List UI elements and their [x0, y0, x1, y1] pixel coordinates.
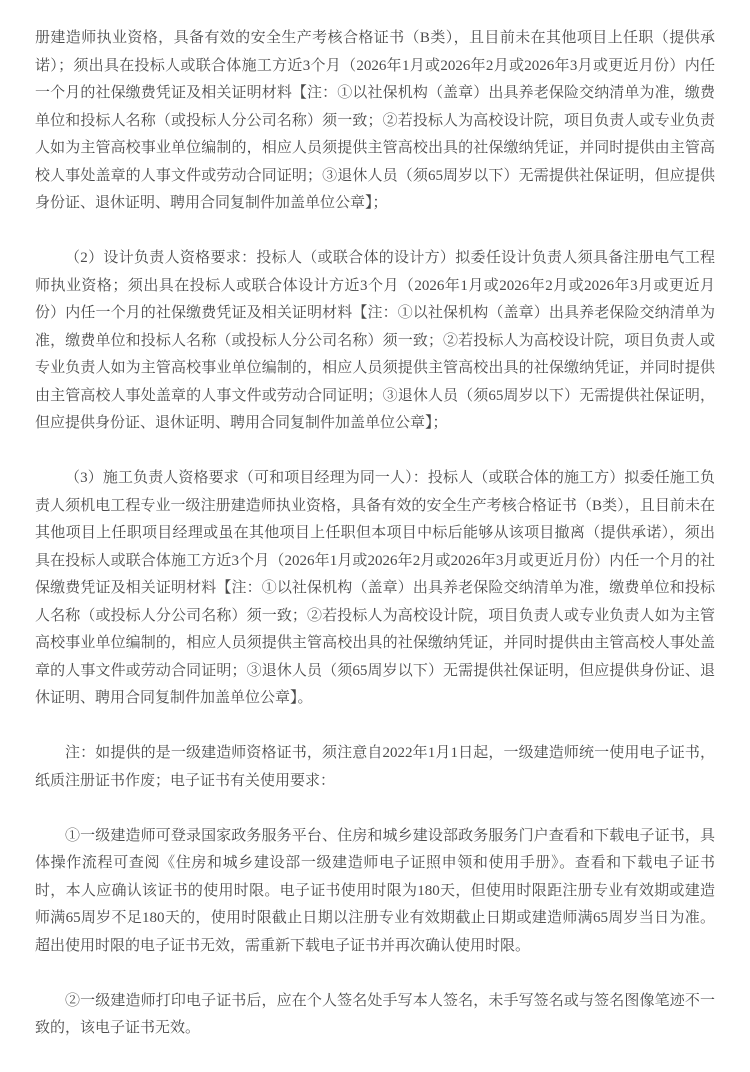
paragraph-registration-continuation: 册建造师执业资格，具备有效的安全生产考核合格证书（B类），且目前未在其他项目上任…	[35, 25, 715, 218]
document-page: 册建造师执业资格，具备有效的安全生产考核合格证书（B类），且目前未在其他项目上任…	[0, 0, 750, 1072]
paragraph-construction-lead-requirements: （3）施工负责人资格要求（可和项目经理为同一人）：投标人（或联合体的施工方）拟委…	[35, 465, 715, 713]
document-text-body: 册建造师执业资格，具备有效的安全生产考核合格证书（B类），且目前未在其他项目上任…	[35, 25, 715, 1043]
paragraph-ecert-usage-rule-2: ②一级建造师打印电子证书后，应在个人签名处手写本人签名，未手写签名或与签名图像笔…	[35, 988, 715, 1043]
paragraph-design-lead-requirements: （2）设计负责人资格要求：投标人（或联合体的设计方）拟委任设计负责人须具备注册电…	[35, 245, 715, 438]
paragraph-certificate-note: 注：如提供的是一级建造师资格证书，须注意自2022年1月1日起，一级建造师统一使…	[35, 740, 715, 795]
paragraph-ecert-usage-rule-1: ①一级建造师可登录国家政务服务平台、住房和城乡建设部政务服务门户查看和下载电子证…	[35, 823, 715, 961]
